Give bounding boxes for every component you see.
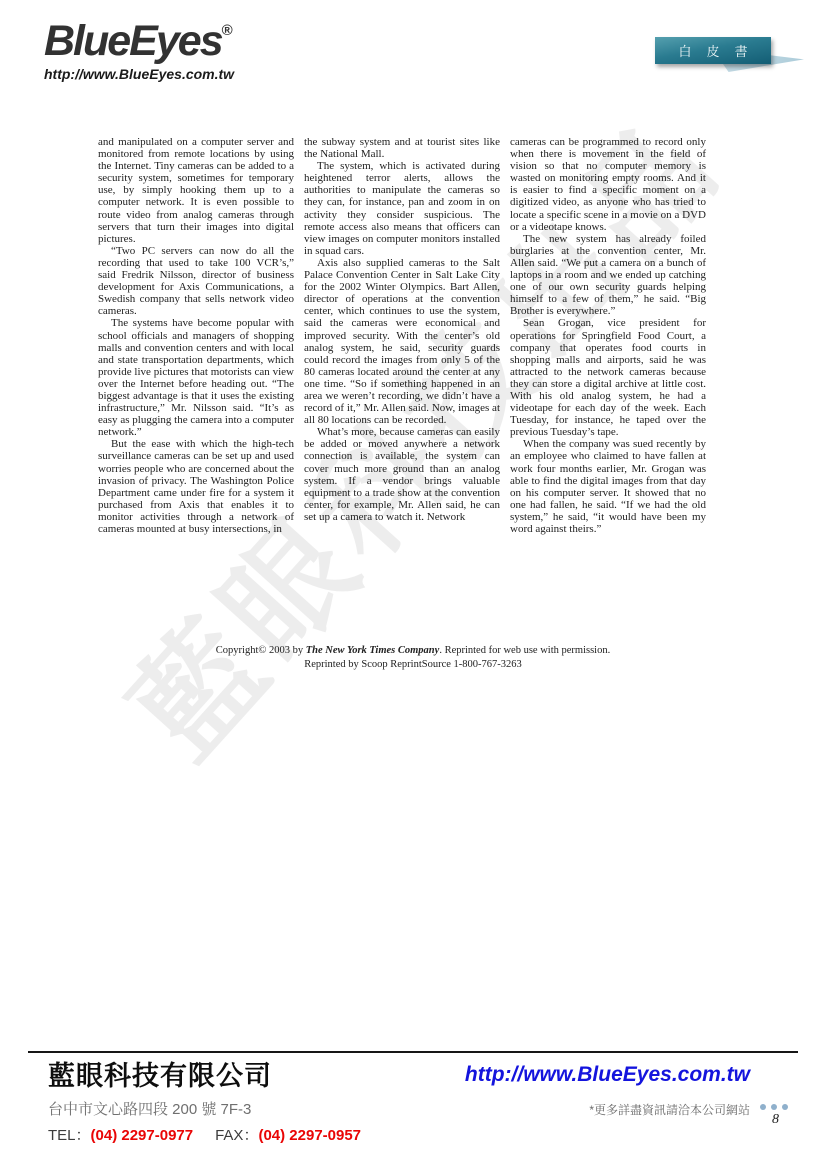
whitepaper-page: { "header": { "logo_text": "BlueEyes", "…	[0, 0, 826, 1169]
paragraph: and manipulated on a computer server and…	[98, 136, 294, 245]
page-dots-icon	[760, 1104, 788, 1110]
copyright-company: The New York Times Company	[306, 645, 440, 656]
paragraph: cameras can be programmed to record only…	[510, 136, 706, 233]
header-url: http://www.BlueEyes.com.tw	[44, 66, 234, 82]
article-body: and manipulated on a computer server and…	[98, 136, 706, 535]
copyright-line-2: Reprinted by Scoop ReprintSource 1-800-7…	[0, 658, 826, 672]
footer-company-block: 藍眼科技有限公司 台中市文心路四段 200 號 7F-3 TEL：(04) 22…	[48, 1060, 361, 1145]
paragraph: When the company was sued recently by an…	[510, 438, 706, 535]
tel-number: (04) 2297-0977	[91, 1127, 194, 1144]
footer-note: *更多詳盡資訊請洽本公司網站	[430, 1101, 750, 1118]
copyright-prefix: Copyright© 2003 by	[216, 645, 306, 656]
paragraph: Axis also supplied cameras to the Salt P…	[304, 257, 500, 426]
logo-wordmark: BlueEyes	[44, 17, 222, 65]
paragraph: “Two PC servers can now do all the recor…	[98, 245, 294, 318]
registered-trademark-icon: ®	[222, 22, 233, 39]
footer-address: 台中市文心路四段 200 號 7F-3	[48, 1098, 361, 1119]
footer-website-link[interactable]: http://www.BlueEyes.com.tw	[465, 1063, 750, 1087]
header: BlueEyes® http://www.BlueEyes.com.tw	[44, 20, 234, 82]
article-column-1: and manipulated on a computer server and…	[98, 136, 294, 535]
whitepaper-banner: 白皮書	[655, 37, 771, 64]
footer-telfax: TEL：(04) 2297-0977FAX：(04) 2297-0957	[48, 1124, 361, 1145]
dot-icon	[782, 1104, 788, 1110]
page-number: 8	[772, 1112, 779, 1128]
tel-label: TEL：	[48, 1127, 91, 1144]
footer-link-block: http://www.BlueEyes.com.tw *更多詳盡資訊請洽本公司網…	[430, 1063, 750, 1118]
footer-divider	[28, 1051, 798, 1053]
paragraph: the subway system and at tourist sites l…	[304, 136, 500, 160]
paragraph: The new system has already foiled burgla…	[510, 233, 706, 318]
blueeyes-logo: BlueEyes®	[44, 20, 234, 63]
fax-number: (04) 2297-0957	[258, 1127, 361, 1144]
footer-company-name: 藍眼科技有限公司	[48, 1060, 361, 1092]
dot-icon	[760, 1104, 766, 1110]
copyright-line-1: Copyright© 2003 by The New York Times Co…	[0, 644, 826, 658]
copyright-suffix: . Reprinted for web use with permission.	[439, 645, 610, 656]
paragraph: The systems have become popular with sch…	[98, 317, 294, 438]
article-column-3: cameras can be programmed to record only…	[510, 136, 706, 535]
dot-icon	[771, 1104, 777, 1110]
banner-label: 白皮書	[663, 41, 762, 60]
paragraph: But the ease with which the high-tech su…	[98, 438, 294, 535]
paragraph: What’s more, because cameras can easily …	[304, 426, 500, 523]
paragraph: The system, which is activated during he…	[304, 160, 500, 257]
article-column-2: the subway system and at tourist sites l…	[304, 136, 500, 535]
paragraph: Sean Grogan, vice president for operatio…	[510, 317, 706, 438]
copyright-notice: Copyright© 2003 by The New York Times Co…	[0, 644, 826, 672]
fax-label: FAX：	[215, 1127, 258, 1144]
